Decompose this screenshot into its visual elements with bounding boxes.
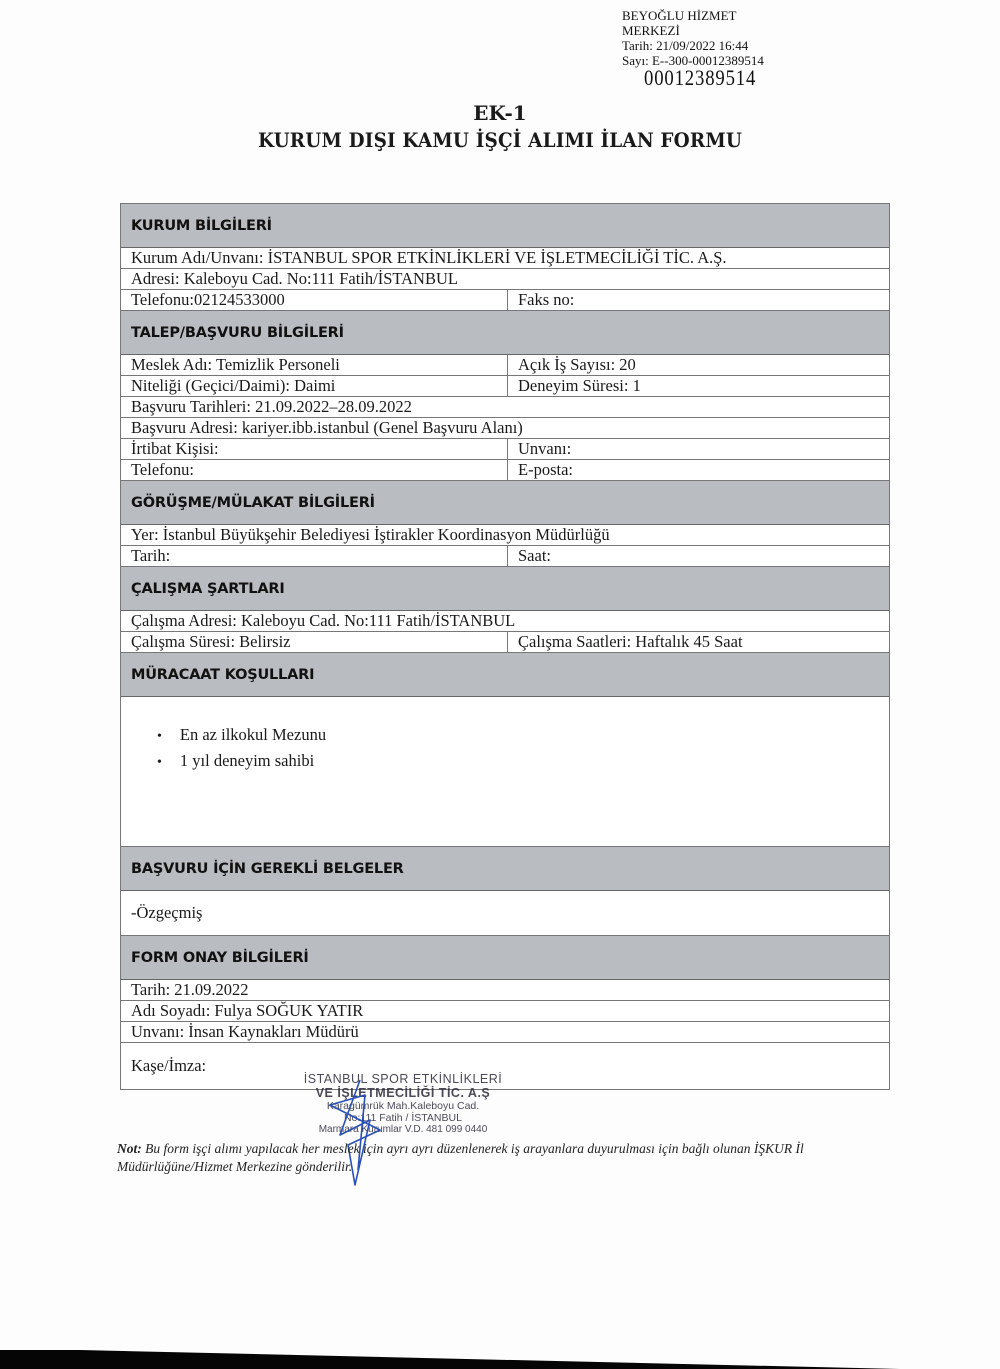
work-address: Çalışma Adresi: Kaleboyu Cad. No:111 Fat… (121, 611, 889, 631)
receipt-office-line2: MERKEZİ (622, 23, 776, 38)
job-posting-form: KURUM BİLGİLERİ Kurum Adı/Unvanı: İSTANB… (120, 203, 890, 1090)
institution-name: Kurum Adı/Unvanı: İSTANBUL SPOR ETKİNLİK… (121, 248, 889, 268)
annex-label: EK-1 (0, 100, 1000, 126)
signature-icon (300, 1075, 420, 1195)
receipt-office: BEYOĞLU HİZMET (622, 8, 776, 23)
contact-title: Unvanı: (508, 439, 889, 459)
contact-email: E-posta: (508, 460, 889, 480)
interview-place: Yer: İstanbul Büyükşehir Belediyesi İşti… (121, 525, 889, 545)
application-address: Başvuru Adresi: kariyer.ibb.istanbul (Ge… (121, 418, 889, 438)
receipt-date: Tarih: 21/09/2022 16:44 (622, 38, 776, 53)
application-conditions: En az ilkokul Mezunu 1 yıl deneyim sahib… (121, 697, 889, 847)
contact-person: İrtibat Kişisi: (121, 439, 508, 459)
institution-address: Adresi: Kaleboyu Cad. No:111 Fatih/İSTAN… (121, 269, 889, 289)
institution-phone: Telefonu:02124533000 (121, 290, 508, 310)
application-dates: Başvuru Tarihleri: 21.09.2022–28.09.2022 (121, 397, 889, 417)
institution-fax: Faks no: (508, 290, 889, 310)
experience-duration: Deneyim Süresi: 1 (508, 376, 889, 396)
work-hours: Çalışma Saatleri: Haftalık 45 Saat (508, 632, 889, 652)
interview-time: Saat: (508, 546, 889, 566)
contact-phone: Telefonu: (121, 460, 508, 480)
occupation-name: Meslek Adı: Temizlik Personeli (121, 355, 508, 375)
form-title: KURUM DIŞI KAMU İŞÇİ ALIMI İLAN FORMU (258, 126, 742, 154)
footnote: Not: Bu form işçi alımı yapılacak her me… (117, 1140, 907, 1176)
section-header-application: TALEP/BAŞVURU BİLGİLERİ (121, 311, 889, 355)
approver-title: Unvanı: İnsan Kaynakları Müdürü (121, 1022, 889, 1042)
section-header-application-conditions: MÜRACAAT KOŞULLARI (121, 653, 889, 697)
document-title: EK-1 KURUM DIŞI KAMU İŞÇİ ALIMI İLAN FOR… (0, 100, 1000, 154)
receipt-barcode-text: 00012389514 (644, 68, 756, 88)
note-label: Not: (117, 1141, 142, 1156)
section-header-required-documents: BAŞVURU İÇİN GEREKLİ BELGELER (121, 847, 889, 891)
condition-item: 1 yıl deneyim sahibi (157, 749, 326, 775)
section-header-working-conditions: ÇALIŞMA ŞARTLARI (121, 567, 889, 611)
required-documents: -Özgeçmiş (121, 891, 889, 936)
scan-edge (0, 1350, 1000, 1369)
receipt-stamp: BEYOĞLU HİZMET MERKEZİ Tarih: 21/09/2022… (622, 8, 776, 88)
employment-type: Niteliği (Geçici/Daimi): Daimi (121, 376, 508, 396)
condition-item: En az ilkokul Mezunu (157, 723, 326, 749)
approval-date: Tarih: 21.09.2022 (121, 980, 889, 1000)
section-header-institution: KURUM BİLGİLERİ (121, 204, 889, 248)
interview-date: Tarih: (121, 546, 508, 566)
conditions-list: En az ilkokul Mezunu 1 yıl deneyim sahib… (157, 723, 326, 775)
note-text: Bu form işçi alımı yapılacak her meslek … (117, 1141, 804, 1174)
section-header-interview: GÖRÜŞME/MÜLAKAT BİLGİLERİ (121, 481, 889, 525)
work-duration: Çalışma Süresi: Belirsiz (121, 632, 508, 652)
approver-name: Adı Soyadı: Fulya SOĞUK YATIR (121, 1001, 889, 1021)
open-positions: Açık İş Sayısı: 20 (508, 355, 889, 375)
section-header-form-approval: FORM ONAY BİLGİLERİ (121, 936, 889, 980)
